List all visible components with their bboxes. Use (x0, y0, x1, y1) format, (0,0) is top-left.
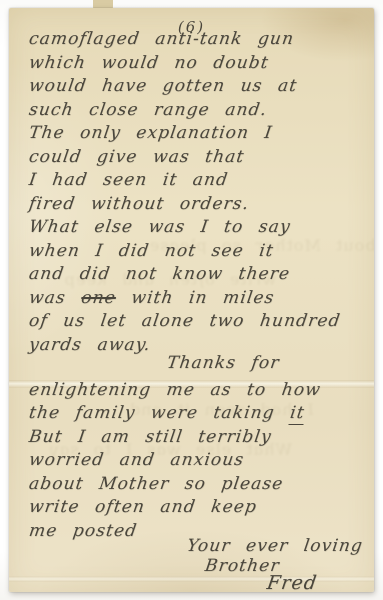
letter-line: and did not know there (27, 263, 368, 287)
letter-line: enlightening me as to how (27, 379, 368, 403)
line-text: with in miles (114, 288, 275, 308)
letter-line: fired without orders. (27, 193, 368, 217)
line-text: was (28, 288, 83, 308)
letter-line: What else was I to say (27, 216, 368, 240)
letter-line: which would no doubt (27, 52, 368, 76)
line-text: the family were taking (28, 403, 292, 423)
letter-line: would have gotten us at (27, 75, 368, 99)
letter-scan: about Mother so please write often and k… (0, 0, 383, 600)
letter-line: about Mother so please (27, 473, 368, 497)
signature: Fred (265, 572, 368, 592)
letter-line-with-underline: the family were taking it (27, 402, 368, 426)
struck-word: one (80, 288, 117, 308)
underlined-word: it (289, 403, 307, 425)
letter-line: The only explanation I (27, 122, 368, 146)
letter-line: write often and keep (27, 496, 368, 520)
letter-line: when I did not see it (27, 240, 368, 264)
letter-line: of us let alone two hundred (27, 310, 368, 334)
letter-line: such close range and. (27, 99, 368, 123)
letter-line: camoflaged anti-tank gun (27, 28, 368, 52)
letter-line: But I am still terribly (27, 426, 368, 450)
letter-line: worried and anxious (27, 449, 368, 473)
letter-line-with-strikethrough: was one with in miles (27, 287, 368, 311)
letter-line: I had seen it and (27, 169, 368, 193)
letter-body: camoflaged anti-tank gun which would no … (29, 28, 367, 592)
letter-paper: about Mother so please write often and k… (9, 8, 374, 592)
letter-line: Thanks for (165, 352, 368, 376)
letter-line: could give was that (27, 146, 368, 170)
